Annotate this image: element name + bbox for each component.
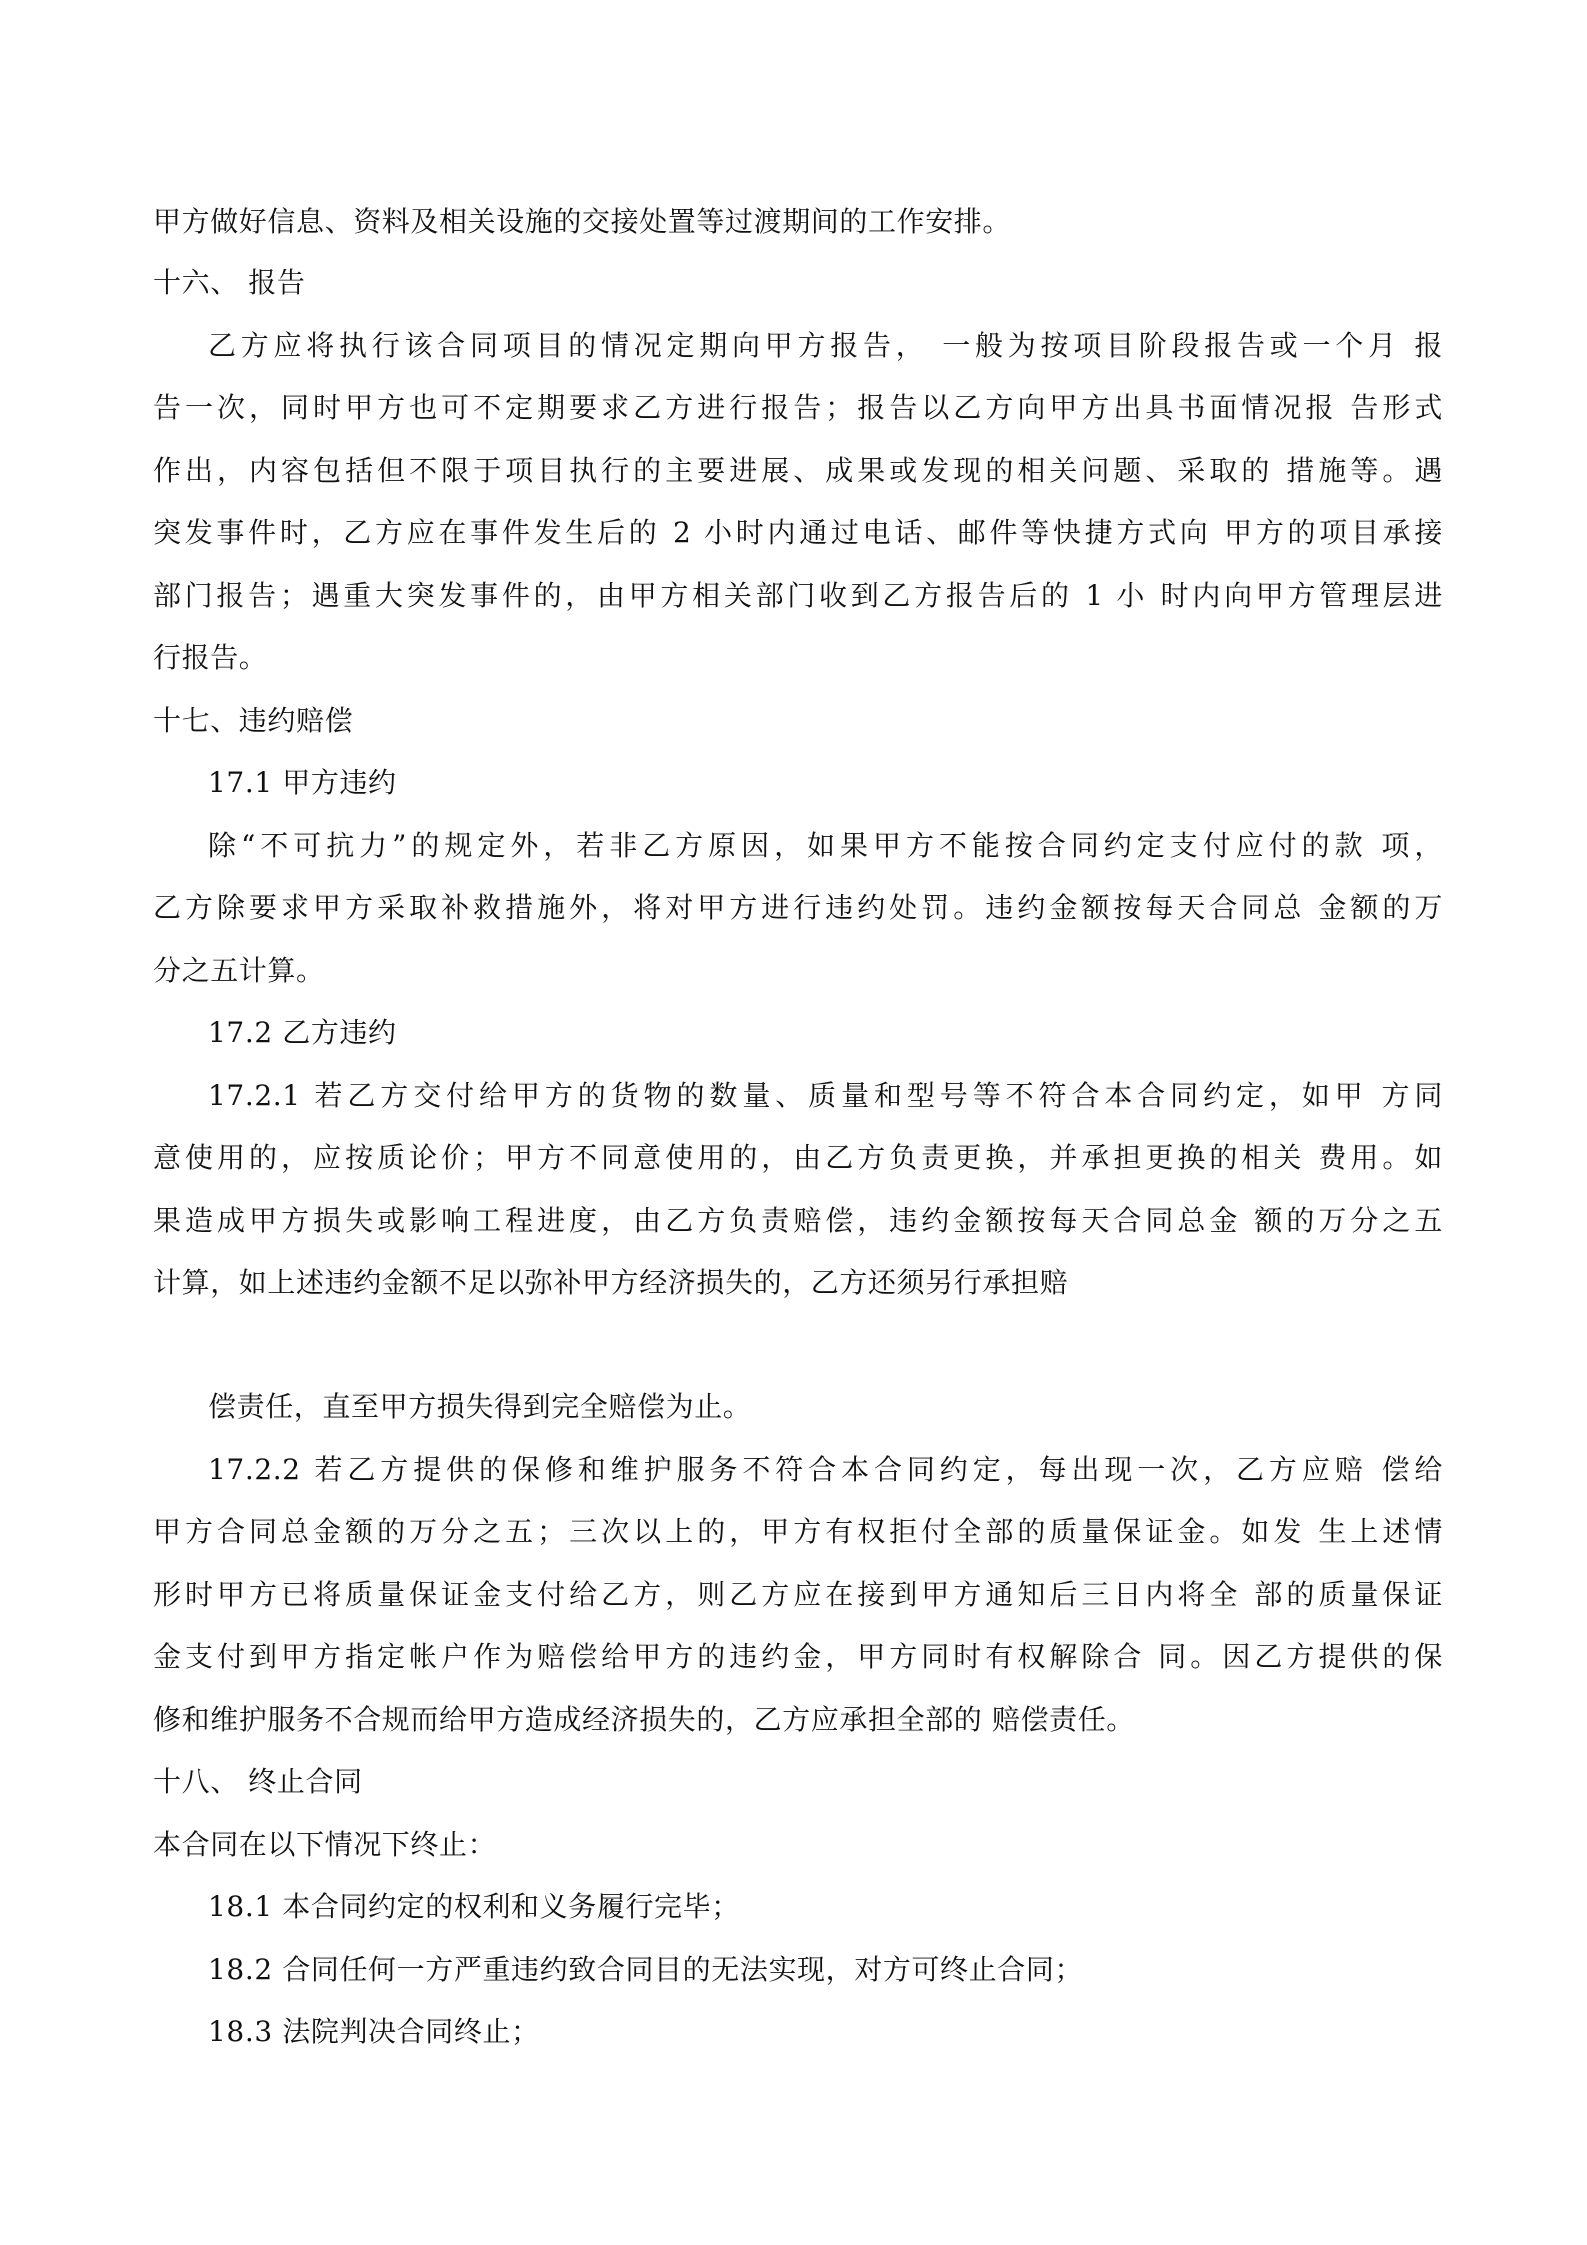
clause-17-2-1-line: 17.2.1 若乙方交付给甲方的货物的数量、质量和型号等不符合本合同约定，如甲 … [208,1078,1443,1114]
paragraph-line: 果造成甲方损失或影响工程进度，由乙方负责赔偿，违约金额按每天合同总金 额的万分之… [153,1203,1443,1239]
clause-18-3: 18.3 法院判决合同终止； [208,2014,1443,2050]
clause-18-2: 18.2 合同任何一方严重违约致合同目的无法实现，对方可终止合同； [208,1952,1443,1988]
paragraph-line: 意使用的，应按质论价；甲方不同意使用的，由乙方负责更换，并承担更换的相关 费用。… [153,1140,1443,1176]
paragraph-line: 形时甲方已将质量保证金支付给乙方，则乙方应在接到甲方通知后三日内将全 部的质量保… [153,1577,1443,1613]
paragraph-line: 乙方除要求甲方采取补救措施外，将对甲方进行违约处罚。违约金额按每天合同总 金额的… [153,890,1443,926]
paragraph-line: 金支付到甲方指定帐户作为赔偿给甲方的违约金，甲方同时有权解除合 同。因乙方提供的… [153,1639,1443,1675]
paragraph-line: 偿责任，直至甲方损失得到完全赔偿为止。 [208,1389,1443,1425]
paragraph-line: 告一次，同时甲方也可不定期要求乙方进行报告；报告以乙方向甲方出具书面情况报 告形… [153,390,1443,426]
document-page: 甲方做好信息、资料及相关设施的交接处置等过渡期间的工作安排。 十六、 报告 乙方… [0,0,1587,2245]
paragraph-line: 乙方应将执行该合同项目的情况定期向甲方报告， 一般为按项目阶段报告或一个月 报 [208,328,1443,364]
paragraph-line: 除“不可抗力”的规定外，若非乙方原因，如果甲方不能按合同约定支付应付的款 项， [208,828,1443,864]
paragraph-line: 突发事件时，乙方应在事件发生后的 2 小时内通过电话、邮件等快捷方式向 甲方的项… [153,515,1443,551]
subsection-heading-17-1: 17.1 甲方违约 [208,765,1443,801]
paragraph-line: 行报告。 [153,640,1443,676]
section-heading-18-termination: 十八、 终止合同 [153,1764,1443,1800]
paragraph-line: 部门报告；遇重大突发事件的，由甲方相关部门收到乙方报告后的 1 小 时内向甲方管… [153,578,1443,614]
paragraph-line: 甲方合同总金额的万分之五；三次以上的，甲方有权拒付全部的质量保证金。如发 生上述… [153,1514,1443,1550]
paragraph-line: 修和维护服务不合规而给甲方造成经济损失的，乙方应承担全部的 赔偿责任。 [153,1702,1443,1738]
section-heading-16-report: 十六、 报告 [153,265,1443,301]
clause-17-2-2-line: 17.2.2 若乙方提供的保修和维护服务不符合本合同约定，每出现一次，乙方应赔 … [208,1452,1443,1488]
section-heading-17-breach-compensation: 十七、违约赔偿 [153,703,1443,739]
paragraph-line: 作出，内容包括但不限于项目执行的主要进展、成果或发现的相关问题、采取的 措施等。… [153,453,1443,489]
paragraph-line: 分之五计算。 [153,953,1443,989]
clause-18-1: 18.1 本合同约定的权利和义务履行完毕； [208,1889,1443,1925]
paragraph-line: 计算，如上述违约金额不足以弥补甲方经济损失的，乙方还须另行承担赔 [153,1265,1443,1301]
paragraph-line: 甲方做好信息、资料及相关设施的交接处置等过渡期间的工作安排。 [153,204,1443,240]
subsection-heading-17-2: 17.2 乙方违约 [208,1015,1443,1051]
paragraph-line: 本合同在以下情况下终止： [153,1827,1443,1863]
